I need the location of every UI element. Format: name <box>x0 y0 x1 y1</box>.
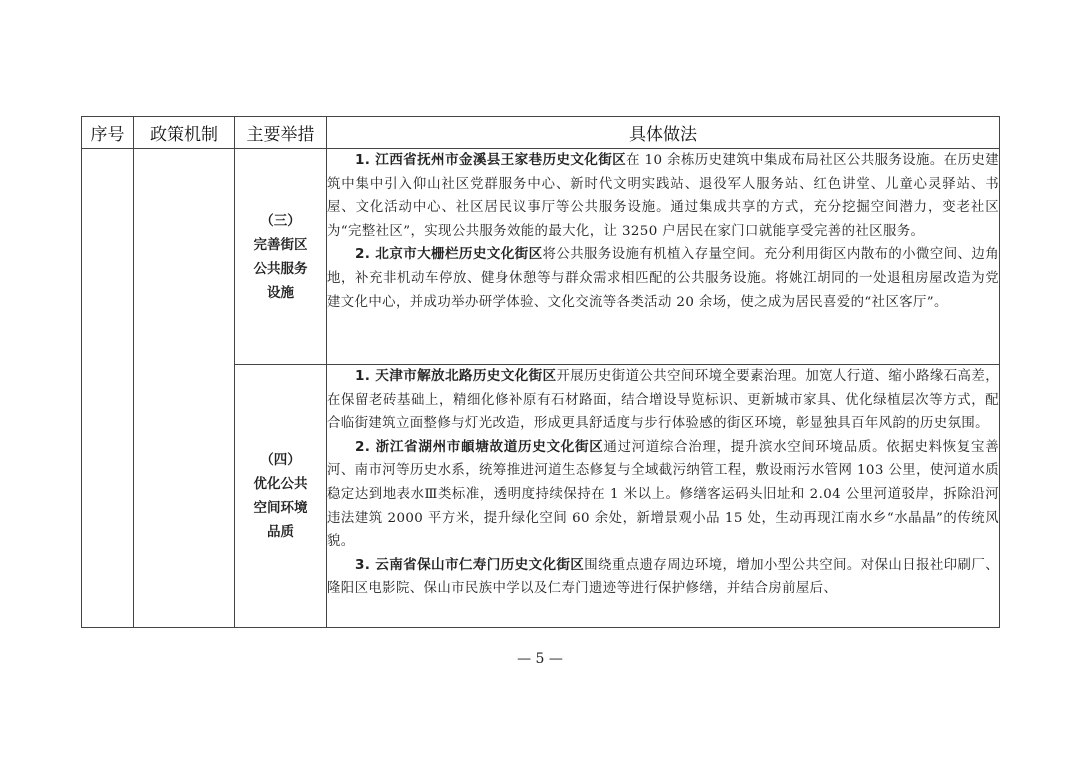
practice-item-lead: 3. 云南省保山市仁寿门历史文化街区 <box>355 557 584 573</box>
practice-item-lead: 2. 浙江省湖州市頔塘故道历史文化街区 <box>355 439 603 455</box>
practice-cell: 1. 天津市解放北路历史文化街区开展历史街道公共空间环境全要素治理。加宽人行道、… <box>327 365 1000 628</box>
measure-line: 设施 <box>235 281 326 305</box>
measure-line: （四） <box>235 448 326 472</box>
practice-item-lead: 1. 天津市解放北路历史文化街区 <box>355 368 556 384</box>
table-row: （三） 完善街区 公共服务 设施 1. 江西省抚州市金溪县王家巷历史文化街区在 … <box>82 149 1000 365</box>
number-cell <box>82 149 134 628</box>
practice-cell: 1. 江西省抚州市金溪县王家巷历史文化街区在 10 余栋历史建筑中集成布局社区公… <box>327 149 1000 365</box>
header-number: 序号 <box>82 117 134 149</box>
policy-table: 序号 政策机制 主要举措 具体做法 （三） 完善街区 公共服务 设施 1. 江西… <box>81 116 1000 628</box>
page-number: — 5 — <box>0 651 1080 667</box>
practice-item: 1. 天津市解放北路历史文化街区开展历史街道公共空间环境全要素治理。加宽人行道、… <box>327 365 999 436</box>
measure-line: 品质 <box>235 520 326 544</box>
mechanism-cell <box>134 149 235 628</box>
measure-line: 空间环境 <box>235 496 326 520</box>
practice-item: 1. 江西省抚州市金溪县王家巷历史文化街区在 10 余栋历史建筑中集成布局社区公… <box>327 149 999 243</box>
measure-line: 完善街区 <box>235 233 326 257</box>
document-page: 序号 政策机制 主要举措 具体做法 （三） 完善街区 公共服务 设施 1. 江西… <box>0 0 1080 764</box>
table-header-row: 序号 政策机制 主要举措 具体做法 <box>82 117 1000 149</box>
practice-item: 2. 浙江省湖州市頔塘故道历史文化街区通过河道综合治理，提升滨水空间环境品质。依… <box>327 436 999 554</box>
practice-item-lead: 2. 北京市大栅栏历史文化街区 <box>355 246 543 262</box>
header-practice: 具体做法 <box>327 117 1000 149</box>
measure-line: 公共服务 <box>235 257 326 281</box>
measure-line: （三） <box>235 209 326 233</box>
measure-cell: （四） 优化公共 空间环境 品质 <box>235 365 327 628</box>
practice-item-text: 通过河道综合治理，提升滨水空间环境品质。依据史料恢复宝善河、南市河等历史水系，统… <box>327 440 999 549</box>
header-mechanism: 政策机制 <box>134 117 235 149</box>
measure-cell: （三） 完善街区 公共服务 设施 <box>235 149 327 365</box>
header-measure: 主要举措 <box>235 117 327 149</box>
practice-item: 2. 北京市大栅栏历史文化街区将公共服务设施有机植入存量空间。充分利用街区内散布… <box>327 243 999 314</box>
practice-item-lead: 1. 江西省抚州市金溪县王家巷历史文化街区 <box>355 152 626 168</box>
practice-item: 3. 云南省保山市仁寿门历史文化街区围绕重点遗存周边环境，增加小型公共空间。对保… <box>327 554 999 601</box>
measure-line: 优化公共 <box>235 472 326 496</box>
